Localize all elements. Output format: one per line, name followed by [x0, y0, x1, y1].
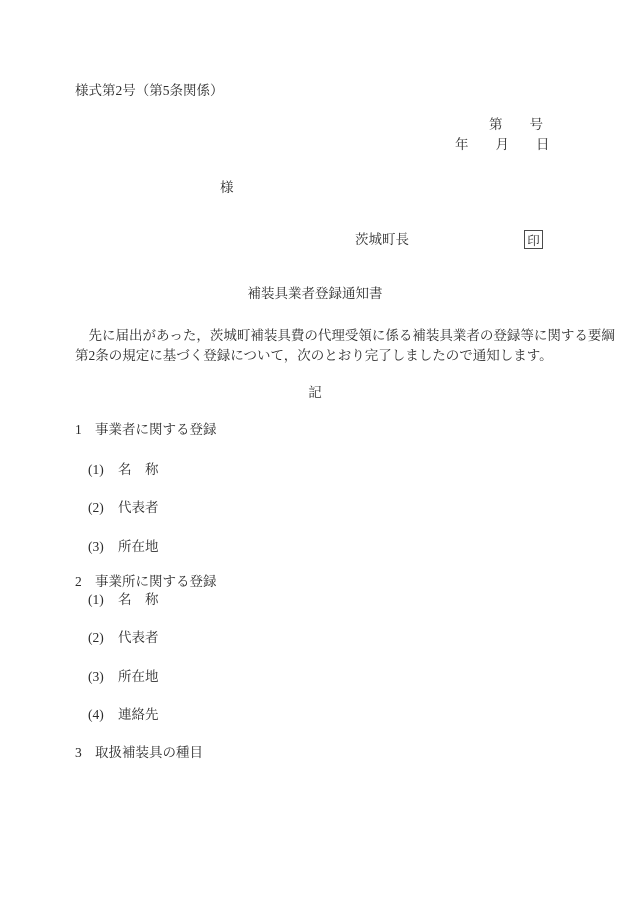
item-label: 代表者 [118, 629, 159, 648]
section-1-item-2: (2) 代表者 [88, 499, 159, 518]
item-label: 名 称 [118, 591, 159, 610]
item-number: (4) [88, 706, 118, 725]
seal-stamp: 印 [524, 230, 543, 249]
item-number: (3) [88, 538, 118, 557]
item-label: 代表者 [118, 499, 159, 518]
record-marker: 記 [0, 384, 630, 403]
section-number: 1 [75, 421, 95, 440]
section-1-heading: 1 事業者に関する登録 [75, 421, 217, 440]
document-number: 第 号 [489, 116, 543, 135]
section-number: 3 [75, 744, 95, 763]
body-line-1: 先に届出があった，茨城町補装具費の代理受領に係る補装具業者の登録等に関する要綱 [75, 327, 615, 346]
form-number: 様式第2号（第5条関係） [75, 82, 224, 101]
section-heading-label: 事業所に関する登録 [95, 573, 217, 592]
section-2-item-1: (1) 名 称 [88, 591, 159, 610]
addressee-honorific: 様 [220, 179, 234, 198]
date-line: 年 月 日 [455, 136, 550, 155]
section-2-item-2: (2) 代表者 [88, 629, 159, 648]
section-3-heading: 3 取扱補装具の種目 [75, 744, 203, 763]
seal-label: 印 [527, 231, 540, 249]
section-1-item-1: (1) 名 称 [88, 461, 159, 480]
item-label: 所在地 [118, 538, 159, 557]
document-page: 様式第2号（第5条関係） 第 号 年 月 日 様 茨城町長 印 補装具業者登録通… [0, 0, 630, 916]
item-label: 所在地 [118, 668, 159, 687]
item-number: (2) [88, 499, 118, 518]
item-number: (1) [88, 461, 118, 480]
section-1-item-3: (3) 所在地 [88, 538, 159, 557]
section-2-item-3: (3) 所在地 [88, 668, 159, 687]
item-number: (2) [88, 629, 118, 648]
section-heading-label: 取扱補装具の種目 [95, 744, 203, 763]
section-heading-label: 事業者に関する登録 [95, 421, 217, 440]
body-line-2: 第2条の規定に基づく登録について，次のとおり完了しましたので通知します。 [75, 347, 553, 366]
item-number: (3) [88, 668, 118, 687]
section-number: 2 [75, 573, 95, 592]
item-label: 連絡先 [118, 706, 159, 725]
item-number: (1) [88, 591, 118, 610]
sender-title: 茨城町長 [355, 231, 409, 250]
section-2-item-4: (4) 連絡先 [88, 706, 159, 725]
section-2-heading: 2 事業所に関する登録 [75, 573, 217, 592]
document-title: 補装具業者登録通知書 [0, 285, 630, 304]
item-label: 名 称 [118, 461, 159, 480]
